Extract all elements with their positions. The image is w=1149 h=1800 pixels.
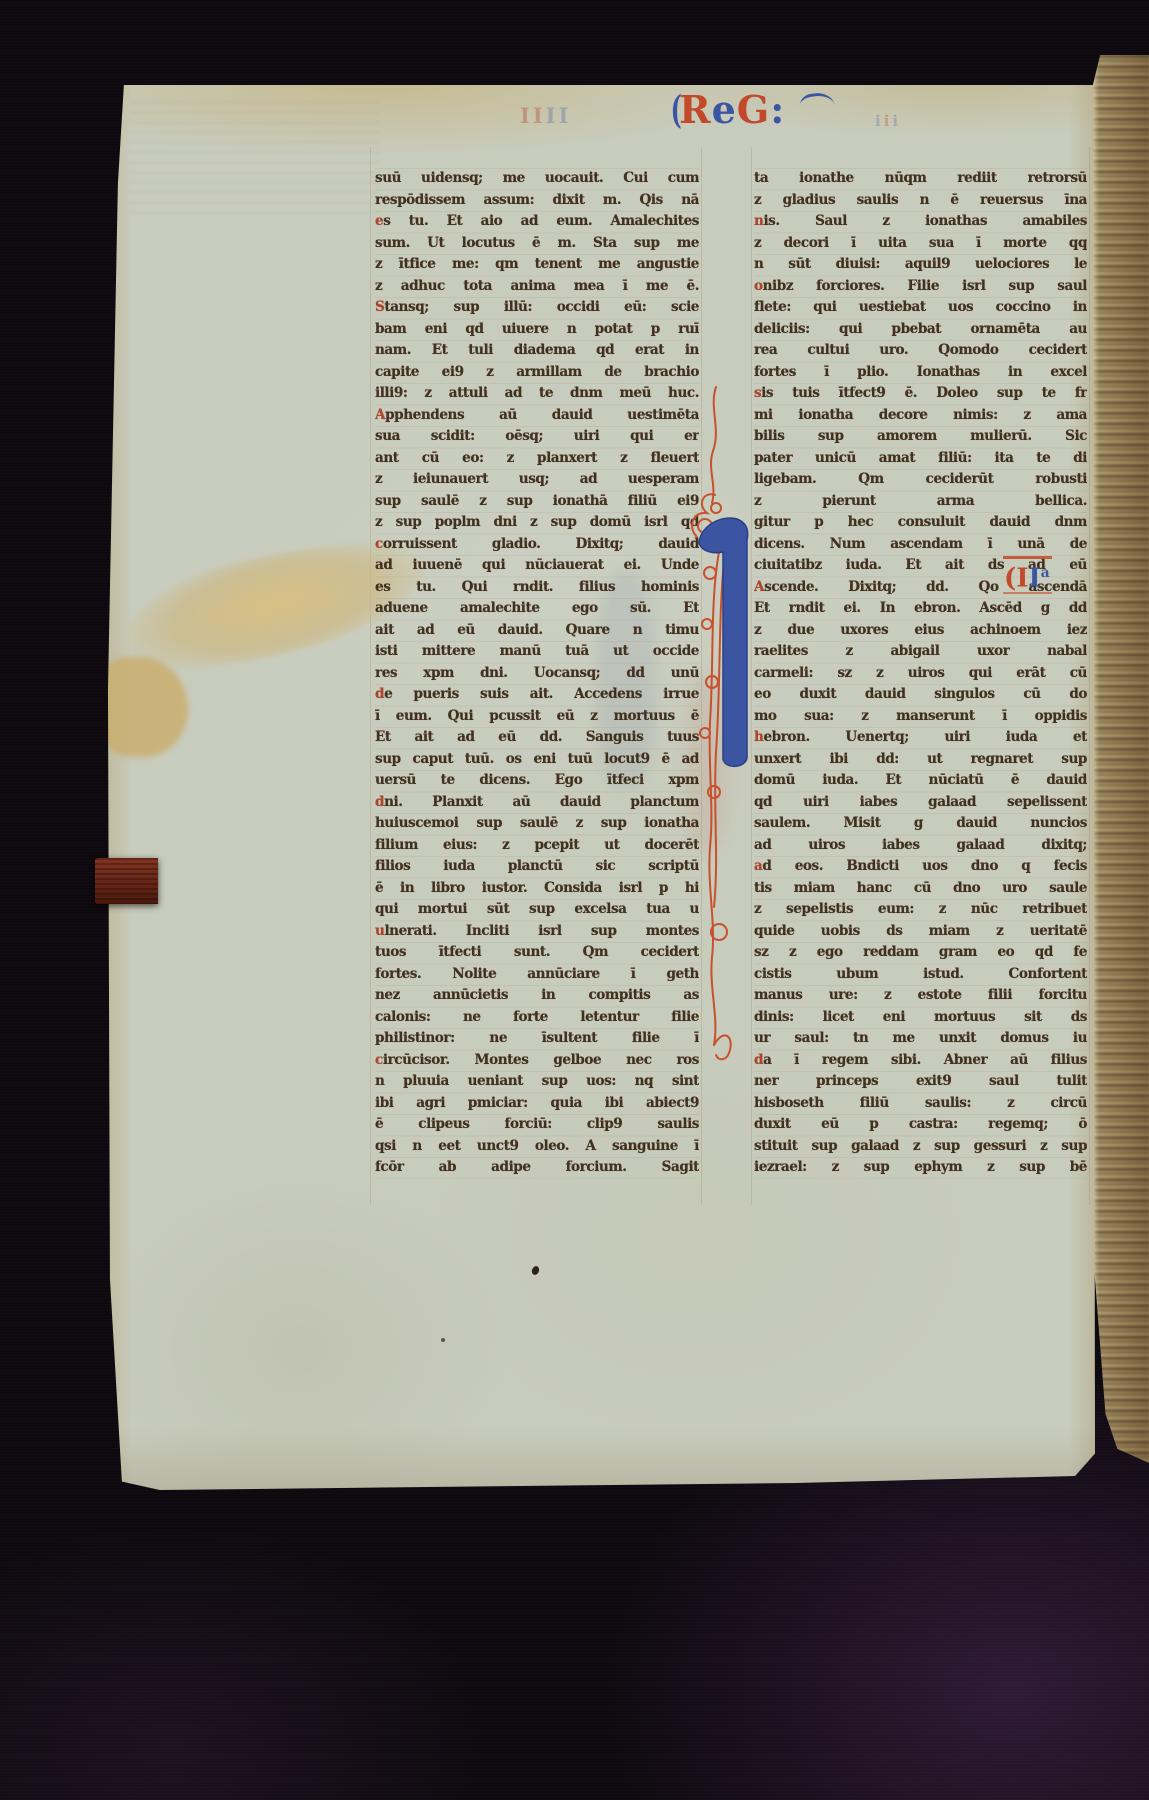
- text-line: ner princeps exit9 saul tulit: [754, 1071, 1087, 1093]
- quire-glyph: I: [546, 103, 559, 128]
- text-line: qsi n eet unct9 oleo. A sanguine ī: [375, 1136, 699, 1158]
- text-line: manus ure: z estote filii forcitu: [754, 985, 1087, 1007]
- ink-speck: [441, 1338, 445, 1342]
- text-line: nez annūcietis in compitis as: [375, 985, 699, 1007]
- text-line: eo duxit dauid singulos cū do: [754, 684, 1087, 706]
- text-column-left: suū uidensq; me uocauit. Cui cumrespōdis…: [375, 168, 699, 1179]
- text-line: carmeli: sz z uiros qui erāt cū: [754, 663, 1087, 685]
- text-line: n sūt diuisi: aquil9 uelociores le: [754, 254, 1087, 276]
- text-line: sis tuis ītfect9 ē. Doleo sup te fr: [754, 383, 1087, 405]
- text-line: de pueris suis ait. Accedens irrue: [375, 684, 699, 706]
- text-line: unxert ibi dd: ut regnaret sup: [754, 749, 1087, 771]
- running-title-flourish-icon: [799, 91, 835, 111]
- bookmark-tab: [95, 858, 158, 904]
- illuminated-initial-I: [683, 377, 768, 1067]
- chapter-mark-glyph: a: [1041, 565, 1050, 581]
- ruling-line: [370, 147, 371, 1205]
- text-line: tuos ītfecti sunt. Qm cecidert: [375, 942, 699, 964]
- text-line: sua scidit: oēsq; uiri qui er: [375, 426, 699, 448]
- text-line: es tu. Qui rndit. filius hominis: [375, 577, 699, 599]
- text-line: ulnerati. Incliti isrl sup montes: [375, 921, 699, 943]
- text-line: suū uidensq; me uocauit. Cui cum: [375, 168, 699, 190]
- text-line: cistis ubum istud. Confortent: [754, 964, 1087, 986]
- parchment-stain-edge: [96, 657, 188, 757]
- text-line: sup caput tuū. os eni tuū locut9 ē ad: [375, 749, 699, 771]
- text-line: bam eni qd uiuere n potat p ruī: [375, 319, 699, 341]
- text-line: dicens. Num ascendam ī unā de: [754, 534, 1087, 556]
- text-line: quide uobis ds miam z ueritatē: [754, 921, 1087, 943]
- manuscript-page: (ReG: IIII iii suū uidensq; me uocauit. …: [100, 85, 1095, 1490]
- quire-mark-left: IIII: [520, 103, 571, 128]
- running-title-glyph: R: [679, 89, 711, 131]
- text-line: z due uxores eius achinoem iez: [754, 620, 1087, 642]
- text-line: es tu. Et aio ad eum. Amalechites: [375, 211, 699, 233]
- text-line: circūcisor. Montes gelboe nec ros: [375, 1050, 699, 1072]
- text-line: fortes ī plio. Ionathas in excel: [754, 362, 1087, 384]
- text-line: ad iuuenē qui nūciauerat ei. Unde: [375, 555, 699, 577]
- text-line: respōdissem assum: dixit m. Qis nā: [375, 190, 699, 212]
- text-line: z gladius saulis n ē reuersus īna: [754, 190, 1087, 212]
- text-line: isti mittere manū tuā ut occide: [375, 641, 699, 663]
- text-line: hebron. Uenertq; uiri iuda et: [754, 727, 1087, 749]
- text-line: ta ionathe nūqm rediit retrorsū: [754, 168, 1087, 190]
- text-line: Et ait ad eū dd. Sanguis tuus: [375, 727, 699, 749]
- running-title-glyph: (: [671, 89, 680, 131]
- text-line: huiuscemoi sup saulē z sup ionatha: [375, 813, 699, 835]
- photo-background-cloth: (ReG: IIII iii suū uidensq; me uocauit. …: [0, 0, 1149, 1800]
- quire-glyph: I: [558, 103, 571, 128]
- text-line: n pluuia ueniant sup uos: nq sint: [375, 1071, 699, 1093]
- text-line: corruissent gladio. Dixitq; dauid: [375, 534, 699, 556]
- text-line: mo sua: z manserunt ī oppidis: [754, 706, 1087, 728]
- quire-glyph: I: [520, 103, 533, 128]
- text-line: z sepelistis eum: z nūc retribuet: [754, 899, 1087, 921]
- text-line: sup saulē z sup ionathā filiū ei9: [375, 491, 699, 513]
- text-line: calonis: ne forte letentur filie: [375, 1007, 699, 1029]
- text-line: filios iuda planctū sic scriptū: [375, 856, 699, 878]
- text-line: ad uiros iabes galaad dixitq;: [754, 835, 1087, 857]
- text-line: saulem. Misit g dauid nuncios: [754, 813, 1087, 835]
- quire-glyph: I: [533, 103, 546, 128]
- quire-mark-right: iii: [875, 112, 901, 130]
- text-line: z adhuc tota anima mea ī me ē.: [375, 276, 699, 298]
- text-line: ant cū eo: z planxert z fleuert: [375, 448, 699, 470]
- text-line: z sup poplm dni z sup domū isrl qd: [375, 512, 699, 534]
- text-line: pater unicū amat filiū: ita te di: [754, 448, 1087, 470]
- ink-bleedthrough: [130, 101, 380, 221]
- quire-glyph: i: [875, 112, 884, 130]
- text-column-right: ta ionathe nūqm rediit retrorsūz gladius…: [754, 168, 1087, 1179]
- quire-glyph: i: [892, 112, 901, 130]
- text-line: z decori ī uita sua ī morte qq: [754, 233, 1087, 255]
- chapter-mark-glyph: I: [1016, 564, 1028, 594]
- text-line: sz z ego reddam gram eo qd fe: [754, 942, 1087, 964]
- text-line: domū iuda. Et nūciatū ē dauid: [754, 770, 1087, 792]
- text-line: qd uiri iabes galaad sepelissent: [754, 792, 1087, 814]
- running-title-glyph: :: [770, 89, 784, 131]
- text-line: fcōr ab adipe forcium. Sagit: [375, 1157, 699, 1179]
- text-line: deliciis: qui pbebat ornamēta au: [754, 319, 1087, 341]
- text-line: nam. Et tuli diadema qd erat in: [375, 340, 699, 362]
- text-line: ligebam. Qm ceciderūt robusti: [754, 469, 1087, 491]
- text-line: Stansq; sup illū: occidi eū: scie: [375, 297, 699, 319]
- text-line: z ītfice me: qm tenent me angustie: [375, 254, 699, 276]
- chapter-mark-glyph: (: [1004, 564, 1016, 594]
- running-title-glyph: G: [737, 89, 769, 131]
- chapter-mark-glyph: I: [1028, 564, 1040, 594]
- text-line: ait ad eū dauid. Quare n timu: [375, 620, 699, 642]
- ink-speck: [531, 1265, 541, 1276]
- text-line: dinis: licet eni mortuus sit ds: [754, 1007, 1087, 1029]
- text-line: aduene amalechite ego sū. Et: [375, 598, 699, 620]
- text-line: stituit sup galaad z sup gessuri z sup: [754, 1136, 1087, 1158]
- text-line: gitur p hec consuluit dauid dnm: [754, 512, 1087, 534]
- text-line: qui mortui sūt sup excelsa tua u: [375, 899, 699, 921]
- text-line: capite ei9 z armillam de brachio: [375, 362, 699, 384]
- text-line: dni. Planxit aū dauid planctum: [375, 792, 699, 814]
- chapter-number-mark: (IIa: [1003, 556, 1052, 594]
- text-line: ur saul: tn me unxit domus iu: [754, 1028, 1087, 1050]
- text-line: ī eum. Qui pcussit eū z mortuus ē: [375, 706, 699, 728]
- text-line: Et rndit ei. In ebron. Ascēd g dd: [754, 598, 1087, 620]
- text-line: sum. Ut locutus ē m. Sta sup me: [375, 233, 699, 255]
- running-title: (ReG:: [668, 89, 784, 131]
- text-line: z ieiunauert usq; ad uesperam: [375, 469, 699, 491]
- text-line: filium eius: z pcepit ut docerēt: [375, 835, 699, 857]
- text-line: hisboseth filiū saulis: z circū: [754, 1093, 1087, 1115]
- text-line: ad eos. Bndicti uos dno q fecis: [754, 856, 1087, 878]
- text-line: illi9: z attuli ad te dnm meū huc.: [375, 383, 699, 405]
- ruling-line: [1089, 147, 1090, 1205]
- text-line: z pierunt arma bellica.: [754, 491, 1087, 513]
- text-line: bilis sup amorem mulierū. Sic: [754, 426, 1087, 448]
- running-title-glyph: e: [712, 89, 736, 131]
- text-line: philistinor: ne īsultent filie ī: [375, 1028, 699, 1050]
- text-line: ē clipeus forciū: clip9 saulis: [375, 1114, 699, 1136]
- text-line: rea cultui uro. Qomodo cecidert: [754, 340, 1087, 362]
- text-line: raelites z abigail uxor nabal: [754, 641, 1087, 663]
- text-line: ibi agri pmiciar: quia ibi abiect9: [375, 1093, 699, 1115]
- text-line: res xpm dni. Uocansq; dd unū: [375, 663, 699, 685]
- text-line: Apphendens aū dauid uestimēta: [375, 405, 699, 427]
- text-line: tis miam hanc cū dno uro saule: [754, 878, 1087, 900]
- text-line: ē in libro iustor. Consida isrl p hi: [375, 878, 699, 900]
- text-line: mi ionatha decore nimis: z ama: [754, 405, 1087, 427]
- text-line: da ī regem sibi. Abner aū filius: [754, 1050, 1087, 1072]
- text-line: nis. Saul z ionathas amabiles: [754, 211, 1087, 233]
- text-line: uersū te dicens. Ego ītfeci xpm: [375, 770, 699, 792]
- text-line: iezrael: z sup ephym z sup bē: [754, 1157, 1087, 1179]
- text-line: flete: qui uestiebat uos coccino in: [754, 297, 1087, 319]
- text-line: onibz forciores. Filie isrl sup saul: [754, 276, 1087, 298]
- text-line: duxit eū p castra: regemq; ō: [754, 1114, 1087, 1136]
- text-line: fortes. Nolite annūciare ī geth: [375, 964, 699, 986]
